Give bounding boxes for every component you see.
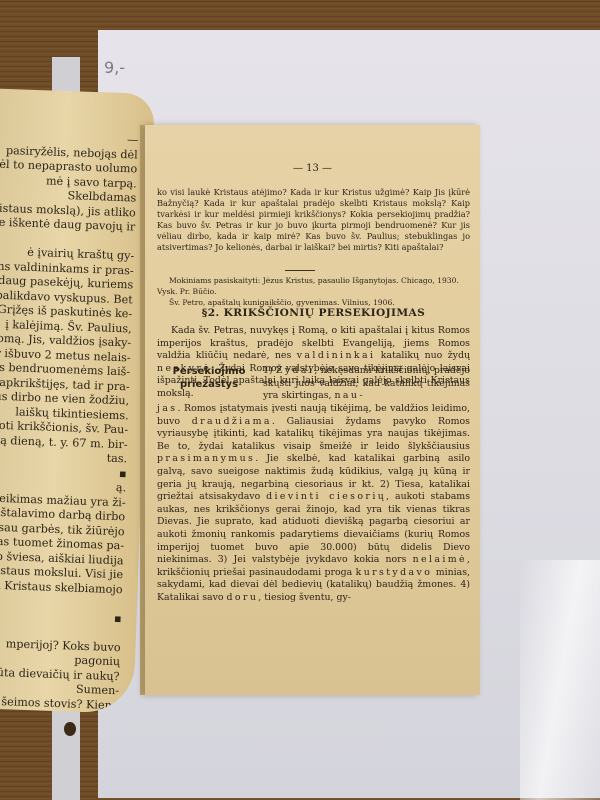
left-page-line: mė į savo tarpą. Skelbdamas [0,171,137,206]
spaced-emphasis: dievinti ciesorių [266,491,386,502]
reference-1: Mokiniams pasiskaityti: Jėzus Kristus, p… [157,275,470,297]
binder-hole [64,722,76,736]
divider-rule [285,270,315,271]
right-page: — 13 — ko visi laukė Kristaus atėjimo? K… [145,125,480,695]
spaced-emphasis: draudžiama [192,416,272,427]
reading-references: Mokiniams pasiskaityti: Jėzus Kristus, p… [157,275,470,308]
text-run: , tiesiog šventu, gy- [258,592,351,603]
spaced-emphasis: doru [227,592,259,603]
text-run: 1) [263,365,276,376]
spaced-emphasis: prasimanymus [157,453,255,464]
text-run: katalikų nuo žydų [375,350,470,361]
spaced-emphasis: nau- [334,390,364,401]
spaced-emphasis: kurstydavo [356,567,433,578]
left-page-line: mperijoj? Koks buvo pagonių [0,635,121,670]
margin-heading: Persekiojimo priežastys [157,365,261,391]
review-questions: ko visi laukė Kristaus atėjimo? Kada ir … [157,187,470,253]
spaced-emphasis: nelaimė [413,554,467,565]
spaced-emphasis: jas [157,403,178,414]
left-page-line: būta dievaičių ir aukų? Sumen- [0,664,120,699]
spaced-emphasis: valdininkai [297,350,376,361]
page-number: — 13 — [145,163,480,174]
sleeve-glare [520,560,600,800]
paragraph-2-side: 1) Žydai, nekęsdami krikščionių, pradėjo… [263,365,470,403]
left-page-text: —pasiryžėlis, nebojąs dėl. Dėl to nepapr… [0,128,139,714]
spaced-emphasis: Žydai [276,365,314,376]
section-title: §2. KRIKŠČIONIŲ PERSEKIOJIMAS [157,307,470,319]
paragraph-2-rest: jas. Romos įstatymais įvesti naują tikėj… [157,403,470,605]
left-page: —pasiryžėlis, nebojąs dėl. Dėl to nepapr… [0,88,155,714]
